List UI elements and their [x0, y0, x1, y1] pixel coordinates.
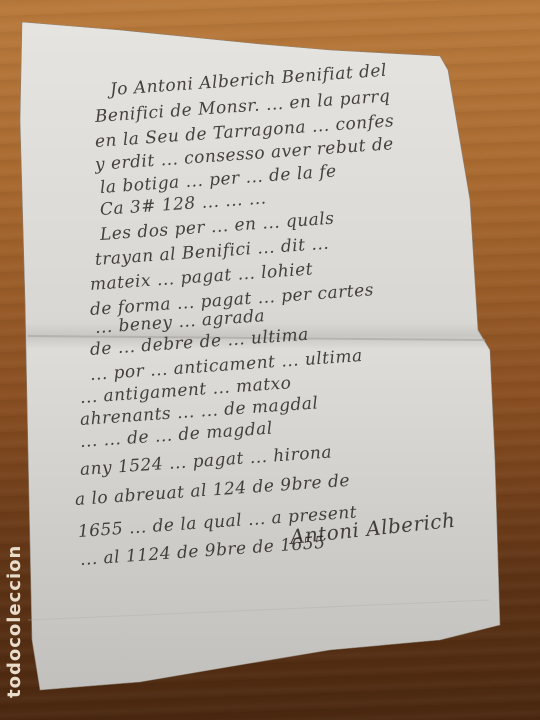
- manuscript-paper: Jo Antoni Alberich Benifiat del Benifici…: [0, 0, 540, 720]
- watermark-text: todocoleccion: [4, 545, 25, 715]
